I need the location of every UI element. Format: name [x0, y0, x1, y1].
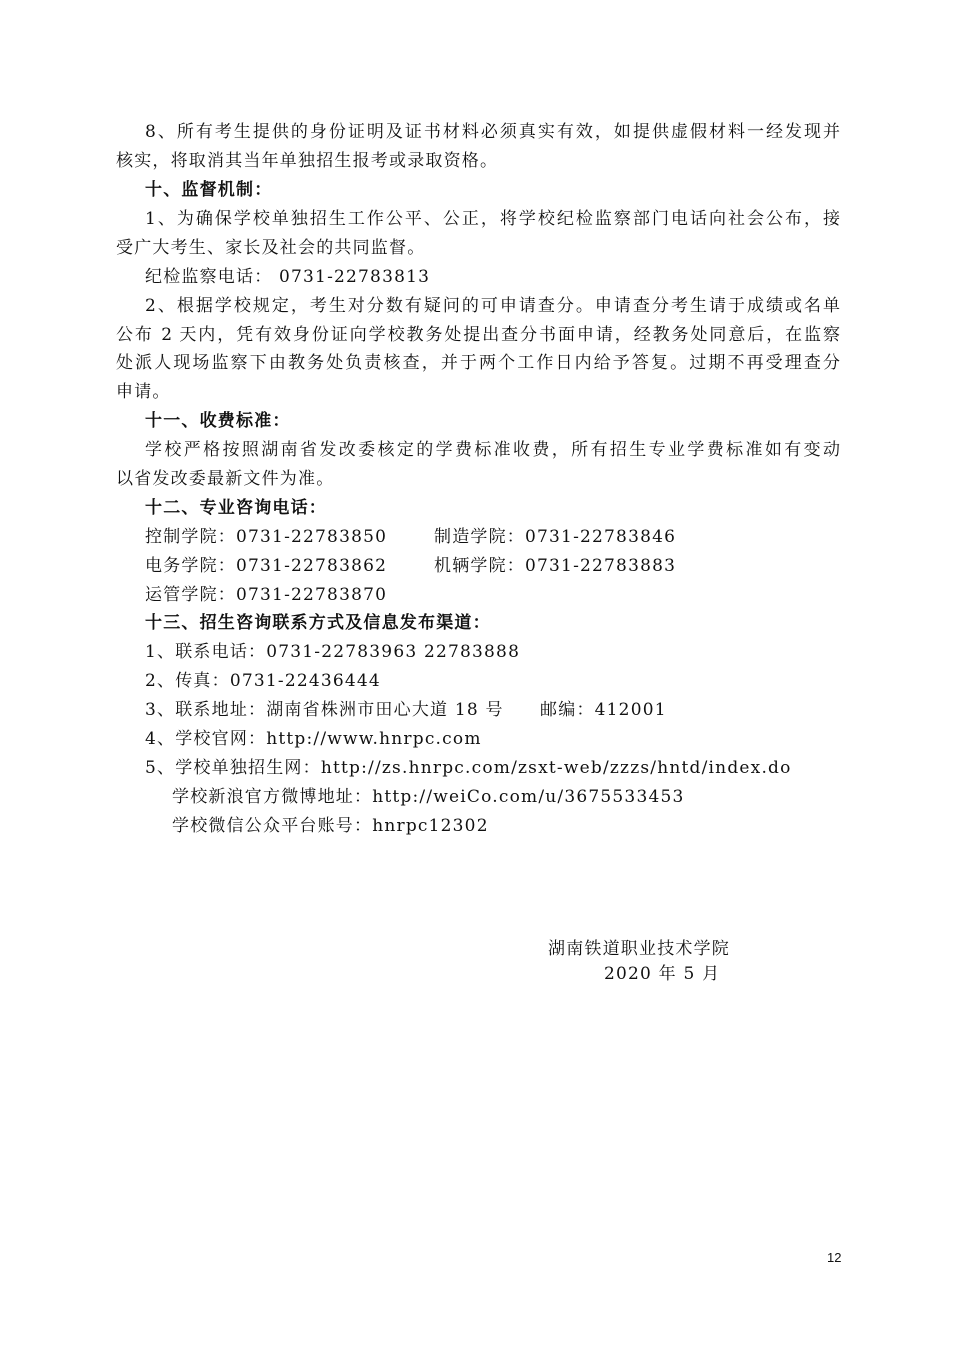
section10-p1-line2: 受广大考生、家长及社会的共同监督。 — [116, 237, 425, 259]
contact-control-college: 控制学院：0731-22783850 — [145, 526, 387, 548]
discipline-phone: 纪检监察电话： 0731-22783813 — [145, 266, 430, 288]
document-page: 8、所有考生提供的身份证明及证书材料必须真实有效，如提供虚假材料一经发现并 核实… — [0, 0, 953, 1347]
school-website: 4、学校官网：http://www.hnrpc.com — [145, 728, 482, 750]
section10-p2-line3: 处派人现场监察下由教务处负责核查，并于两个工作日内给予答复。过期不再受理查分 — [116, 352, 840, 374]
section11-line1: 学校严格按照湖南省发改委核定的学费标准收费，所有招生专业学费标准如有变动 — [116, 439, 840, 461]
contact-manufacturing-college: 制造学院：0731-22783846 — [434, 526, 676, 548]
contact-phone: 1、联系电话：0731-22783963 22783888 — [145, 641, 520, 663]
page-number: 12 — [827, 1250, 841, 1265]
contact-transport-college: 运管学院：0731-22783870 — [145, 584, 387, 606]
contact-address: 3、联系地址：湖南省株洲市田心大道 18 号 邮编：412001 — [145, 699, 667, 721]
section11-heading: 十一、收费标准： — [145, 410, 291, 432]
section10-p2-line2: 公布 2 天内，凭有效身份证向学校教务处提出查分书面申请，经教务处同意后，在监察 — [116, 324, 840, 346]
signature-org: 湖南铁道职业技术学院 — [548, 938, 730, 960]
signature-date: 2020 年 5 月 — [604, 963, 720, 985]
section11-line2: 以省发改委最新文件为准。 — [116, 468, 334, 490]
item8-line1: 8、所有考生提供的身份证明及证书材料必须真实有效，如提供虚假材料一经发现并 — [116, 121, 840, 143]
section13-heading: 十三、招生咨询联系方式及信息发布渠道： — [145, 612, 491, 634]
section10-heading: 十、监督机制： — [145, 179, 272, 201]
wechat-account: 学校微信公众平台账号：hnrpc12302 — [172, 815, 489, 837]
section10-p2-line1: 2、根据学校规定，考生对分数有疑问的可申请查分。申请查分考生请于成绩或名单 — [116, 295, 840, 317]
contact-rolling-stock-college: 机辆学院：0731-22783883 — [434, 555, 676, 577]
admissions-website: 5、学校单独招生网：http://zs.hnrpc.com/zsxt-web/z… — [145, 757, 792, 779]
item8-line2: 核实，将取消其当年单独招生报考或录取资格。 — [116, 150, 498, 172]
contact-signal-college: 电务学院：0731-22783862 — [145, 555, 387, 577]
weibo-address: 学校新浪官方微博地址：http://weiCo.com/u/3675533453 — [172, 786, 685, 808]
contact-fax: 2、传真：0731-22436444 — [145, 670, 381, 692]
section12-heading: 十二、专业咨询电话： — [145, 497, 327, 519]
section10-p1-line1: 1、为确保学校单独招生工作公平、公正，将学校纪检监察部门电话向社会公布，接 — [116, 208, 840, 230]
section10-p2-line4: 申请。 — [116, 381, 171, 403]
